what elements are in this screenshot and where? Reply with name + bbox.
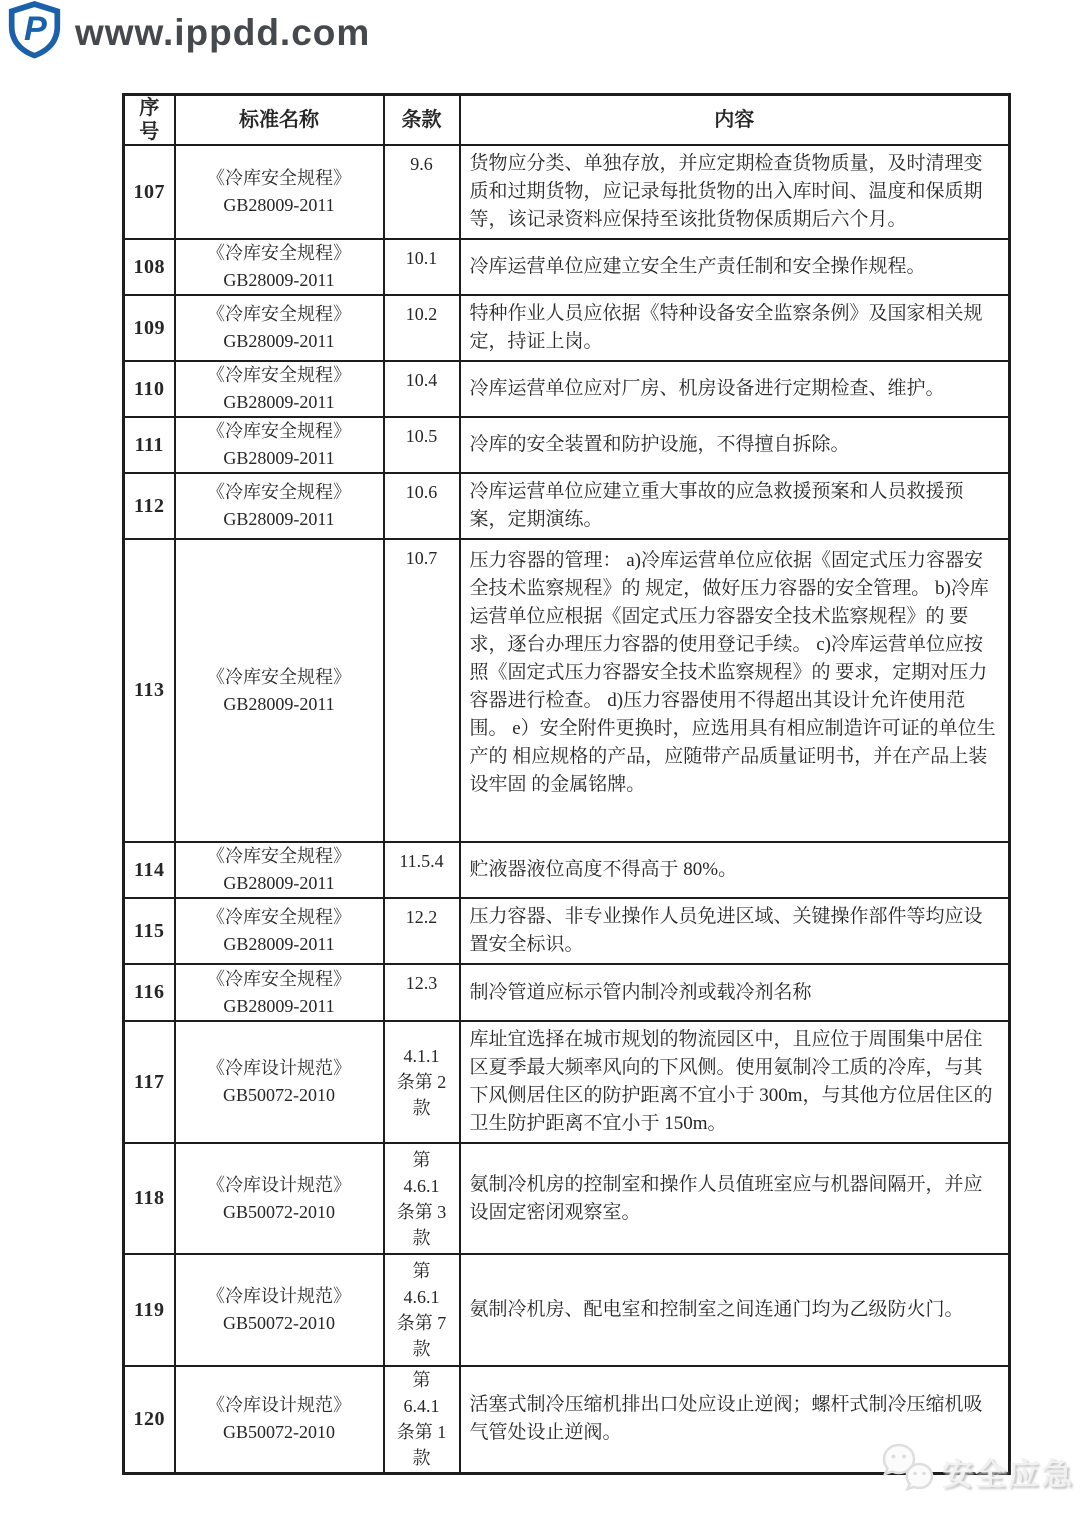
content: 贮液器液位高度不得高于 80%。 xyxy=(460,842,1010,898)
table-row: 118 《冷库设计规范》 GB50072-2010 第 4.6.1 条第 3 款… xyxy=(124,1143,1010,1254)
row-number: 116 xyxy=(124,964,175,1021)
content: 冷库运营单位应建立重大事故的应急救援预案和人员救援预案，定期演练。 xyxy=(460,473,1010,539)
standard-name: 《冷库设计规范》 GB50072-2010 xyxy=(175,1021,384,1143)
row-number: 119 xyxy=(124,1254,175,1366)
row-number: 114 xyxy=(124,842,175,898)
watermark-text: 安全应急 xyxy=(942,1449,1074,1494)
clause: 第 4.6.1 条第 3 款 xyxy=(384,1143,460,1254)
table-header-row: 序 号 标准名称 条款 内容 xyxy=(124,95,1010,146)
row-number: 107 xyxy=(124,145,175,239)
content: 氨制冷机房、配电室和控制室之间连通门均为乙级防火门。 xyxy=(460,1254,1010,1366)
table-row: 113 《冷库安全规程》 GB28009-2011 10.7 压力容器的管理： … xyxy=(124,539,1010,842)
clause: 12.2 xyxy=(384,898,460,964)
row-number: 118 xyxy=(124,1143,175,1254)
standard-name: 《冷库安全规程》 GB28009-2011 xyxy=(175,473,384,539)
row-number: 117 xyxy=(124,1021,175,1143)
shield-logo-icon: P xyxy=(6,0,63,64)
content: 特种作业人员应依据《特种设备安全监察条例》及国家相关规定，持证上岗。 xyxy=(460,295,1010,361)
standards-table: 序 号 标准名称 条款 内容 107 《冷库安全规程》 GB28009-2011… xyxy=(122,93,1011,1475)
table-row: 112 《冷库安全规程》 GB28009-2011 10.6 冷库运营单位应建立… xyxy=(124,473,1010,539)
column-header-number: 序 号 xyxy=(124,95,175,146)
column-header-clause: 条款 xyxy=(384,95,460,146)
standard-name: 《冷库设计规范》 GB50072-2010 xyxy=(175,1254,384,1366)
standard-name: 《冷库安全规程》 GB28009-2011 xyxy=(175,964,384,1021)
chat-bubbles-icon xyxy=(880,1443,936,1500)
table-row: 107 《冷库安全规程》 GB28009-2011 9.6 货物应分类、单独存放… xyxy=(124,145,1010,239)
table-row: 110 《冷库安全规程》 GB28009-2011 10.4 冷库运营单位应对厂… xyxy=(124,361,1010,417)
column-header-standard: 标准名称 xyxy=(175,95,384,146)
clause: 10.2 xyxy=(384,295,460,361)
standard-name: 《冷库设计规范》 GB50072-2010 xyxy=(175,1366,384,1473)
content: 货物应分类、单独存放，并应定期检查货物质量，及时清理变质和过期货物，应记录每批货… xyxy=(460,145,1010,239)
row-number: 112 xyxy=(124,473,175,539)
standard-name: 《冷库安全规程》 GB28009-2011 xyxy=(175,295,384,361)
table-row: 111 《冷库安全规程》 GB28009-2011 10.5 冷库的安全装置和防… xyxy=(124,417,1010,473)
standard-name: 《冷库安全规程》 GB28009-2011 xyxy=(175,361,384,417)
svg-text:P: P xyxy=(24,10,47,48)
standard-name: 《冷库安全规程》 GB28009-2011 xyxy=(175,239,384,295)
row-number: 115 xyxy=(124,898,175,964)
table-row: 116 《冷库安全规程》 GB28009-2011 12.3 制冷管道应标示管内… xyxy=(124,964,1010,1021)
clause: 12.3 xyxy=(384,964,460,1021)
row-number: 108 xyxy=(124,239,175,295)
content: 冷库运营单位应对厂房、机房设备进行定期检查、维护。 xyxy=(460,361,1010,417)
clause: 10.7 xyxy=(384,539,460,842)
standard-name: 《冷库安全规程》 GB28009-2011 xyxy=(175,898,384,964)
content: 库址宜选择在城市规划的物流园区中，且应位于周围集中居住区夏季最大频率风向的下风侧… xyxy=(460,1021,1010,1143)
table-row: 119 《冷库设计规范》 GB50072-2010 第 4.6.1 条第 7 款… xyxy=(124,1254,1010,1366)
clause: 10.6 xyxy=(384,473,460,539)
table-row: 114 《冷库安全规程》 GB28009-2011 11.5.4 贮液器液位高度… xyxy=(124,842,1010,898)
row-number: 110 xyxy=(124,361,175,417)
site-url-text: www.ippdd.com xyxy=(75,10,370,54)
column-header-content: 内容 xyxy=(460,95,1010,146)
row-number: 120 xyxy=(124,1366,175,1473)
standard-name: 《冷库安全规程》 GB28009-2011 xyxy=(175,417,384,473)
standard-name: 《冷库安全规程》 GB28009-2011 xyxy=(175,842,384,898)
table-row: 120 《冷库设计规范》 GB50072-2010 第 6.4.1 条第 1 款… xyxy=(124,1366,1010,1473)
row-number: 111 xyxy=(124,417,175,473)
content: 冷库运营单位应建立安全生产责任制和安全操作规程。 xyxy=(460,239,1010,295)
clause: 10.5 xyxy=(384,417,460,473)
standard-name: 《冷库安全规程》 GB28009-2011 xyxy=(175,145,384,239)
content: 压力容器的管理： a)冷库运营单位应依据《固定式压力容器安全技术监察规程》的 规… xyxy=(460,539,1010,842)
clause: 10.4 xyxy=(384,361,460,417)
clause: 4.1.1 条第 2 款 xyxy=(384,1021,460,1143)
content: 冷库的安全装置和防护设施，不得擅自拆除。 xyxy=(460,417,1010,473)
clause: 第 6.4.1 条第 1 款 xyxy=(384,1366,460,1473)
row-number: 113 xyxy=(124,539,175,842)
table-row: 117 《冷库设计规范》 GB50072-2010 4.1.1 条第 2 款 库… xyxy=(124,1021,1010,1143)
row-number: 109 xyxy=(124,295,175,361)
site-header: P www.ippdd.com xyxy=(6,0,370,64)
clause: 10.1 xyxy=(384,239,460,295)
clause: 9.6 xyxy=(384,145,460,239)
standard-name: 《冷库安全规程》 GB28009-2011 xyxy=(175,539,384,842)
content: 制冷管道应标示管内制冷剂或载冷剂名称 xyxy=(460,964,1010,1021)
standard-name: 《冷库设计规范》 GB50072-2010 xyxy=(175,1143,384,1254)
content: 氨制冷机房的控制室和操作人员值班室应与机器间隔开，并应设固定密闭观察室。 xyxy=(460,1143,1010,1254)
table-row: 115 《冷库安全规程》 GB28009-2011 12.2 压力容器、非专业操… xyxy=(124,898,1010,964)
clause: 11.5.4 xyxy=(384,842,460,898)
clause: 第 4.6.1 条第 7 款 xyxy=(384,1254,460,1366)
table-row: 109 《冷库安全规程》 GB28009-2011 10.2 特种作业人员应依据… xyxy=(124,295,1010,361)
watermark: 安全应急 xyxy=(880,1443,1074,1500)
table-row: 108 《冷库安全规程》 GB28009-2011 10.1 冷库运营单位应建立… xyxy=(124,239,1010,295)
content: 压力容器、非专业操作人员免进区域、关键操作部件等均应设置安全标识。 xyxy=(460,898,1010,964)
